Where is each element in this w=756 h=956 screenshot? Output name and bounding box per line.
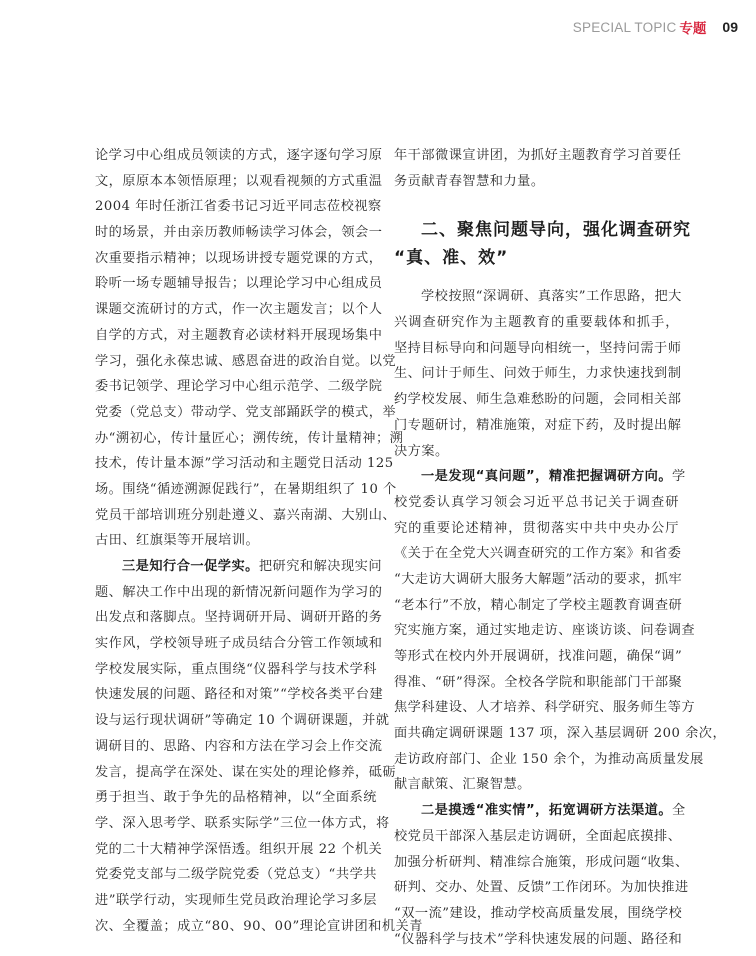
paragraph-lead-line: 三是知行合一促学实。把研究和解决现实问	[95, 554, 377, 580]
text-line: 文，原原本本领悟原理；以观看视频的方式重温	[95, 169, 377, 195]
text-line: 等形式在校内外开展调研，找准问题，确保“调”	[394, 644, 679, 670]
section-heading-line-2: “真、准、效”	[394, 244, 679, 272]
text-line: 发言，提高学在深处、谋在实处的理论修养，砥砺	[95, 760, 377, 786]
text-line: 加强分析研判、精准综合施策，形成问题“收集、	[394, 850, 679, 876]
section-heading: 二、聚焦问题导向，强化调查研究 “真、准、效”	[394, 216, 679, 272]
text-line: 走访政府部门、企业 150 余个，为推动高质量发展	[394, 747, 679, 773]
text-line: 学校按照“深调研、真落实”工作思路，把大	[394, 284, 679, 310]
text-line: “仪器科学与技术”学科快速发展的问题、路径和	[394, 927, 679, 953]
text-line: 次、全覆盖；成立“80、90、00”理论宣讲团和机关青	[95, 914, 377, 940]
left-column: 论学习中心组成员领读的方式，逐字逐句学习原 文，原原本本领悟原理；以观看视频的方…	[95, 143, 377, 939]
text-line: 聆听一场专题辅导报告；以理论学习中心组成员	[95, 271, 377, 297]
text-line: 得准、“研”得深。全校各学院和职能部门干部聚	[394, 670, 679, 696]
text-line: 约学校发展、师生急难愁盼的问题，会同相关部	[394, 387, 679, 413]
text-line: 究实施方案，通过实地走访、座谈访谈、问卷调查	[394, 618, 679, 644]
text-line: 生、问计于师生、问效于师生，力求快速找到制	[394, 361, 679, 387]
paragraph-lead-line: 一是发现“真问题”，精准把握调研方向。学	[394, 464, 679, 490]
paragraph-lead-bold: 一是发现“真问题”，精准把握调研方向。	[421, 469, 672, 484]
text-line: 党员干部培训班分别赴遵义、嘉兴南湖、大别山、	[95, 503, 377, 529]
text-line: 调研目的、思路、内容和方法在学习会上作交流	[95, 734, 377, 760]
text-line: 校党委认真学习领会习近平总书记关于调查研	[394, 490, 679, 516]
text-line: 党委党支部与二级学院党委（党总支）“共学共	[95, 862, 377, 888]
right-column: 年干部微课宣讲团，为抓好主题教育学习首要任 务贡献青春智慧和力量。 二、聚焦问题…	[394, 143, 679, 952]
text-line: 面共确定调研课题 137 项，深入基层调研 200 余次，	[394, 721, 679, 747]
text-line: 2004 年时任浙江省委书记习近平同志莅校视察	[95, 194, 377, 220]
page-number: 09	[722, 19, 738, 35]
text-line: 勇于担当、敢于争先的品格精神，以“全面系统	[95, 785, 377, 811]
text-line: 决方案。	[394, 439, 679, 465]
paragraph-lead-bold: 三是知行合一促学实。	[122, 559, 259, 574]
text-line: 设与运行现状调研”等确定 10 个调研课题，并就	[95, 708, 377, 734]
text-line: 快速发展的问题、路径和对策”“学校各类平台建	[95, 682, 377, 708]
text-line: 坚持目标导向和问题导向相统一，坚持问需于师	[394, 336, 679, 362]
text-line: 党的二十大精神学深悟透。组织开展 22 个机关	[95, 837, 377, 863]
text-line: 研判、交办、处置、反馈”工作闭环。为加快推进	[394, 875, 679, 901]
text-line: “双一流”建设，推动学校高质量发展，围绕学校	[394, 901, 679, 927]
paragraph-lead-line: 二是摸透“准实情”，拓宽调研方法渠道。全	[394, 798, 679, 824]
text-line: 门专题研讨，精准施策，对症下药，及时提出解	[394, 413, 679, 439]
text-line: 课题交流研讨的方式，作一次主题发言；以个人	[95, 297, 377, 323]
section-label-en: SPECIAL TOPIC	[573, 20, 677, 35]
text-line: 究的重要论述精神，贯彻落实中共中央办公厅	[394, 516, 679, 542]
text-line: 学习，强化永葆忠诚、感恩奋进的政治自觉。以党	[95, 349, 377, 375]
text-line: 学校发展实际，重点围绕“仪器科学与技术学科	[95, 657, 377, 683]
section-heading-line-1: 二、聚焦问题导向，强化调查研究	[394, 216, 679, 244]
text-line: 技术，传计量本源”学习活动和主题党日活动 125	[95, 451, 377, 477]
section-label-cn: 专题	[679, 17, 706, 37]
text-line: 时的场景，并由亲历教师畅读学习体会，领会一	[95, 220, 377, 246]
text-line: 题、解决工作中出现的新情况新问题作为学习的	[95, 580, 377, 606]
text-line: 自学的方式，对主题教育必读材料开展现场集中	[95, 323, 377, 349]
paragraph-lead-bold: 二是摸透“准实情”，拓宽调研方法渠道。	[421, 803, 672, 818]
text-line: 论学习中心组成员领读的方式，逐字逐句学习原	[95, 143, 377, 169]
text-line: 实作风，学校领导班子成员结合分管工作领域和	[95, 631, 377, 657]
text-line: 务贡献青春智慧和力量。	[394, 169, 679, 195]
page-header: SPECIAL TOPIC 专题 09	[573, 17, 738, 37]
text-line: 出发点和落脚点。坚持调研开局、调研开路的务	[95, 605, 377, 631]
text-line: 《关于在全党大兴调查研究的工作方案》和省委	[394, 541, 679, 567]
text-line: 学、深入思考学、联系实际学”三位一体方式，将	[95, 811, 377, 837]
text-line: 焦学科建设、人才培养、科学研究、服务师生等方	[394, 695, 679, 721]
text-line: 献言献策、汇聚智慧。	[394, 772, 679, 798]
text-line: 次重要指示精神；以现场讲授专题党课的方式，	[95, 246, 377, 272]
paragraph-lead-rest: 学	[672, 469, 686, 484]
text-line: 进”联学行动，实现师生党员政治理论学习多层	[95, 888, 377, 914]
text-line: 委书记领学、理论学习中心组示范学、二级学院	[95, 374, 377, 400]
text-line: 场。围绕“循迹溯源促践行”，在暑期组织了 10 个	[95, 477, 377, 503]
text-line: “大走访大调研大服务大解题”活动的要求，抓牢	[394, 567, 679, 593]
text-line: 党委（党总支）带动学、党支部踊跃学的模式，举	[95, 400, 377, 426]
text-line: 办“溯初心，传计量匠心；溯传统，传计量精神；溯	[95, 426, 377, 452]
text-line: 古田、红旗渠等开展培训。	[95, 528, 377, 554]
paragraph-lead-rest: 把研究和解决现实问	[259, 559, 382, 574]
text-line: “老本行”不放，精心制定了学校主题教育调查研	[394, 593, 679, 619]
text-line: 兴调查研究作为主题教育的重要载体和抓手，	[394, 310, 679, 336]
text-line: 校党员干部深入基层走访调研，全面起底摸排、	[394, 824, 679, 850]
paragraph-lead-rest: 全	[672, 803, 686, 818]
text-line: 年干部微课宣讲团，为抓好主题教育学习首要任	[394, 143, 679, 169]
